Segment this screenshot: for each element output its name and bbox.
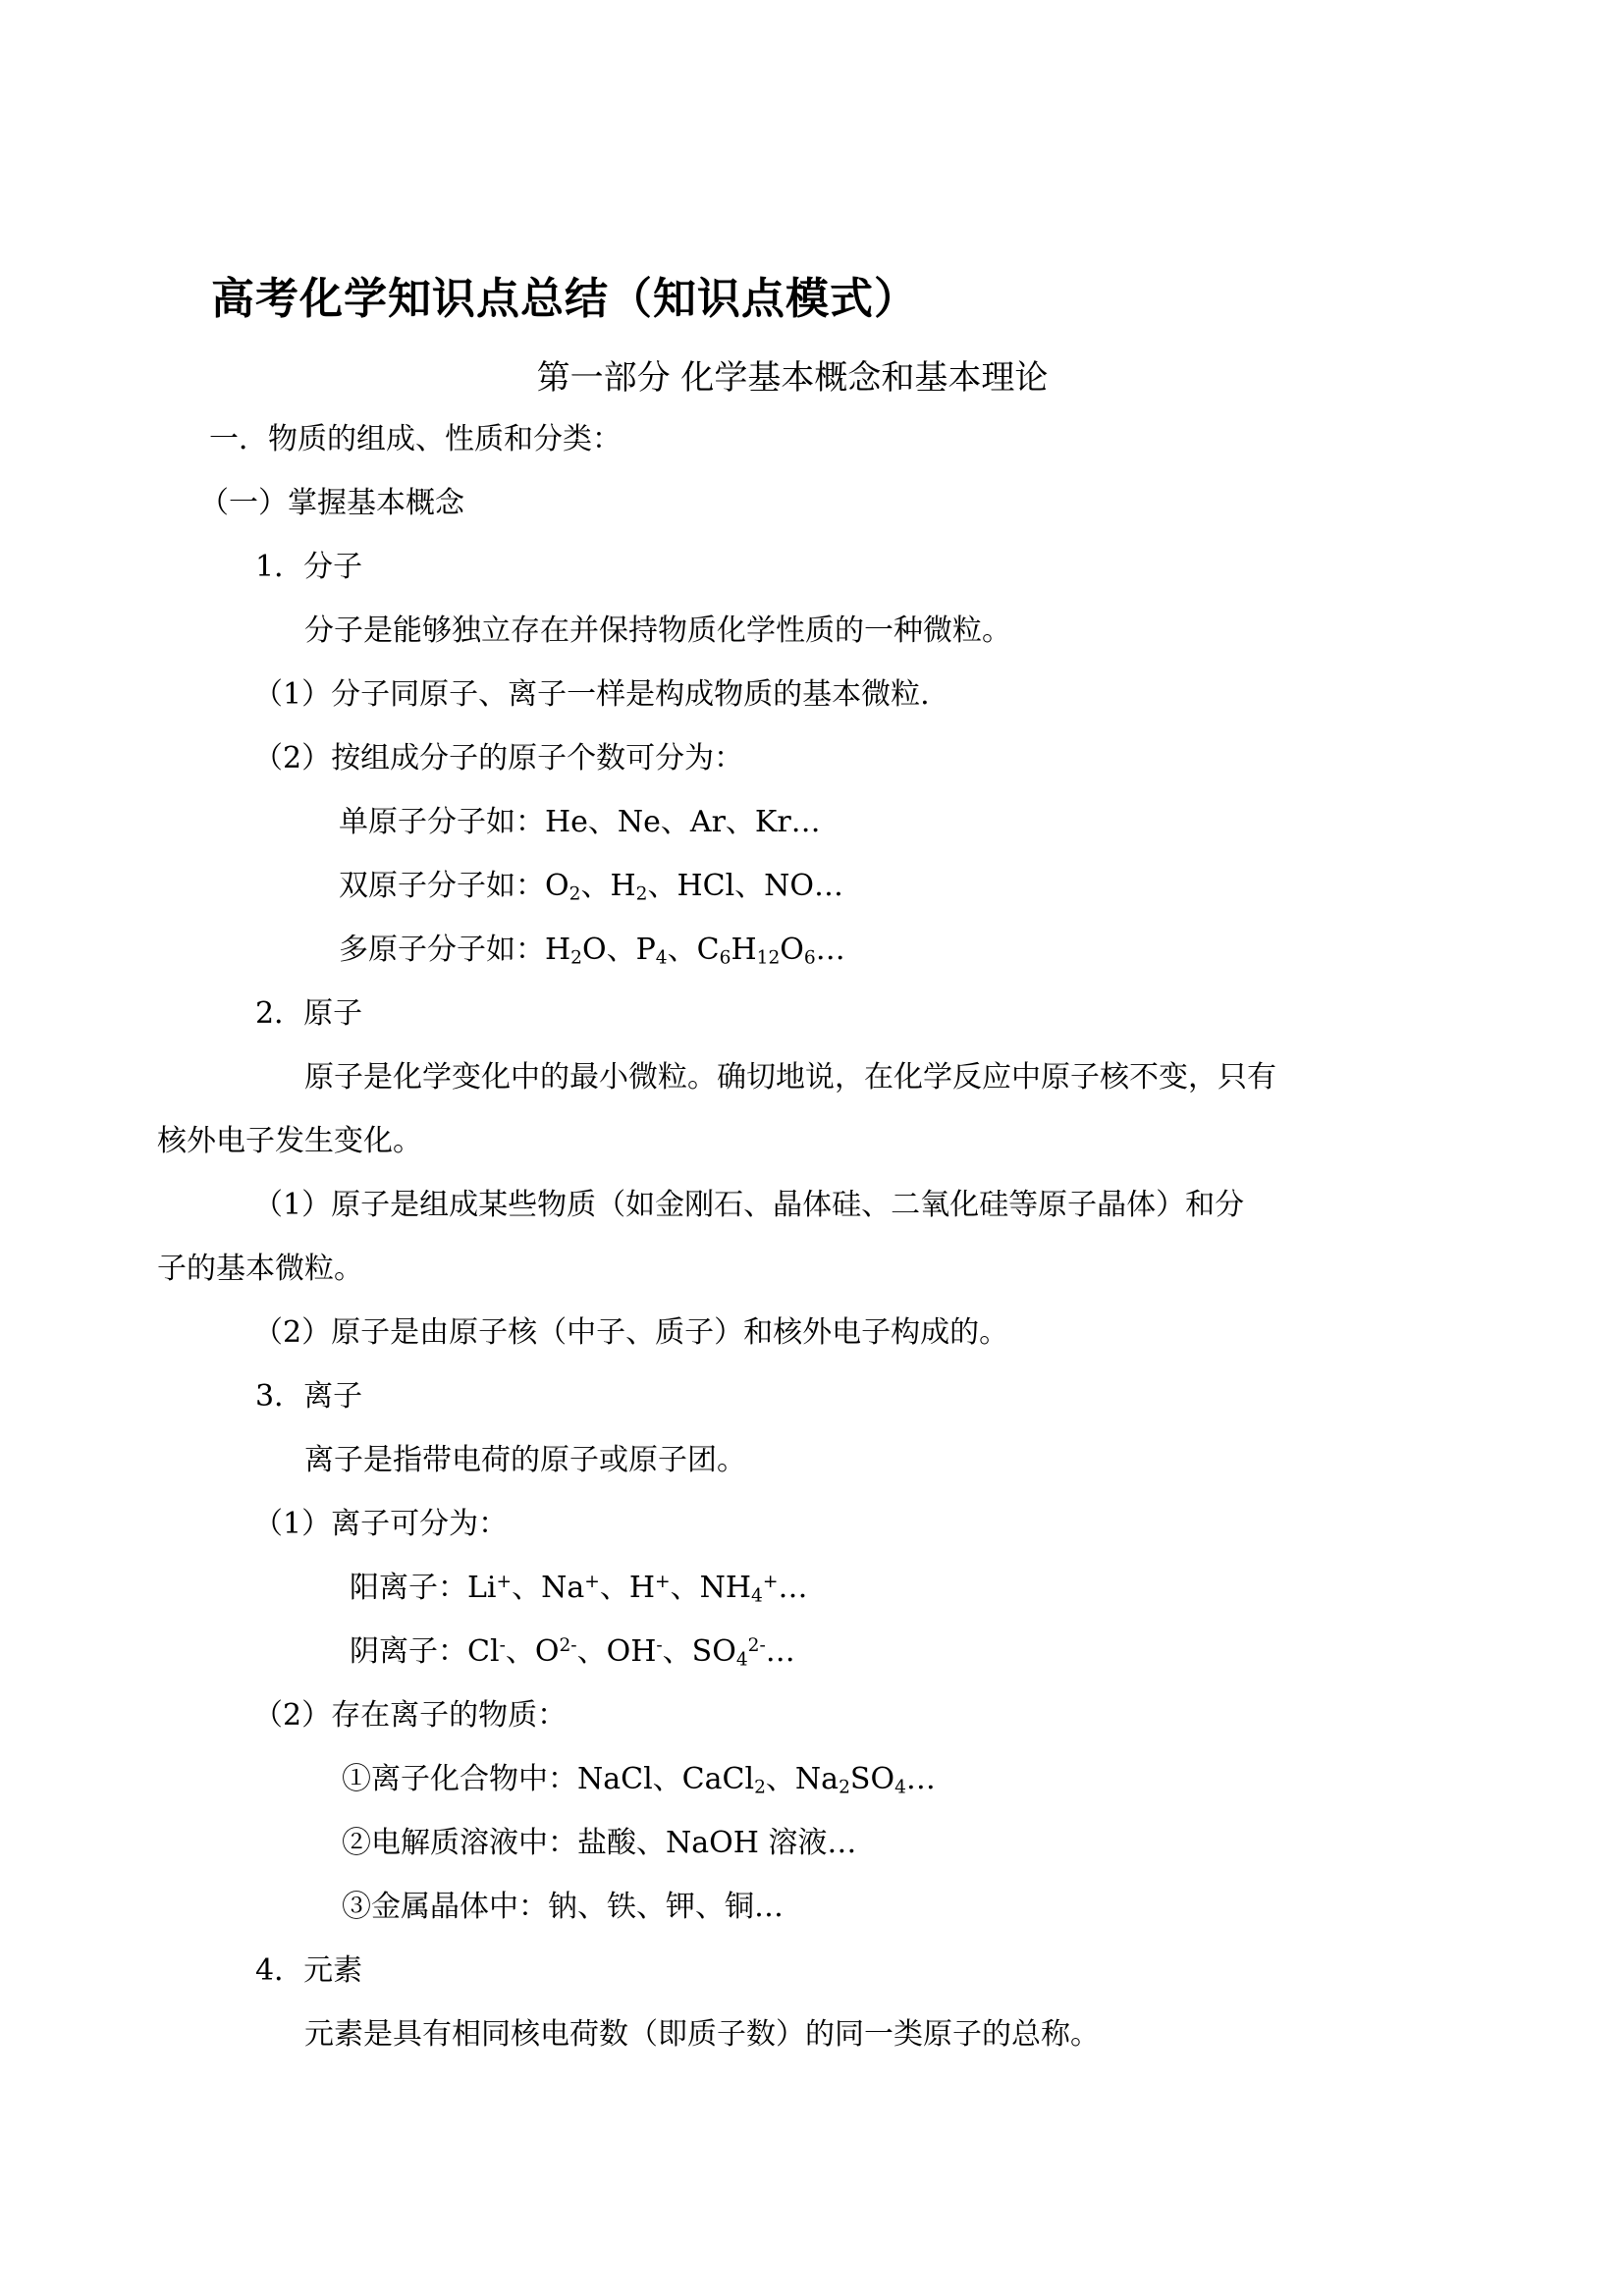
line-numbered: 2．原子 xyxy=(255,982,1624,1045)
line-paragraph: 离子是指带电荷的原子或原子团。 xyxy=(304,1428,1624,1492)
line-section: 一．物质的组成、性质和分类： xyxy=(209,407,1624,471)
line-ion-item: 阳离子：Li+、Na+、H+、NH4+… xyxy=(350,1556,1624,1620)
line-numbered: 1．分子 xyxy=(255,535,1624,599)
line-ion-item: 阴离子：Cl-、O2-、OH-、SO42-… xyxy=(350,1620,1624,1683)
line-continuation: 核外电子发生变化。 xyxy=(157,1109,1624,1173)
line-numbered: 4．元素 xyxy=(255,1939,1624,2002)
line-paragraph: 分子是能够独立存在并保持物质化学性质的一种微粒。 xyxy=(304,599,1624,663)
line-paren-item: （1）离子可分为： xyxy=(253,1492,1624,1556)
line-paragraph: 元素是具有相同核电荷数（即质子数）的同一类原子的总称。 xyxy=(304,2002,1624,2066)
line-sub-item: 单原子分子如：He、Ne、Ar、Kr… xyxy=(339,790,1624,854)
line-paren-item: （2）按组成分子的原子个数可分为： xyxy=(253,726,1624,790)
line-sub-item: 多原子分子如：H2O、P4、C6H12O6… xyxy=(339,918,1624,982)
document-body: 一．物质的组成、性质和分类：（一）掌握基本概念1．分子分子是能够独立存在并保持物… xyxy=(0,407,1624,2066)
line-circle-item: ①离子化合物中：NaCl、CaCl2、Na2SO4… xyxy=(342,1747,1624,1811)
line-subsection: （一）掌握基本概念 xyxy=(199,471,1624,535)
line-paragraph: 原子是化学变化中的最小微粒。确切地说，在化学反应中原子核不变，只有 xyxy=(304,1045,1624,1109)
line-paren-item: （1）原子是组成某些物质（如金刚石、晶体硅、二氧化硅等原子晶体）和分 xyxy=(253,1173,1624,1237)
line-paren-item: （2）原子是由原子核（中子、质子）和核外电子构成的。 xyxy=(253,1301,1624,1364)
document-subtitle: 第一部分 化学基本概念和基本理论 xyxy=(0,358,1624,398)
line-sub-item: 双原子分子如：O2、H2、HCl、NO… xyxy=(339,854,1624,918)
line-paren-item: （2）存在离子的物质： xyxy=(253,1683,1624,1747)
line-paren-item: （1）分子同原子、离子一样是构成物质的基本微粒. xyxy=(253,663,1624,726)
line-continuation: 子的基本微粒。 xyxy=(157,1237,1624,1301)
document-page: 高考化学知识点总结（知识点模式） 第一部分 化学基本概念和基本理论 一．物质的组… xyxy=(0,0,1624,2296)
line-circle-item: ③金属晶体中：钠、铁、钾、铜… xyxy=(342,1875,1624,1939)
line-numbered: 3．离子 xyxy=(255,1364,1624,1428)
line-circle-item: ②电解质溶液中：盐酸、NaOH 溶液… xyxy=(342,1811,1624,1875)
document-title: 高考化学知识点总结（知识点模式） xyxy=(211,276,1624,323)
